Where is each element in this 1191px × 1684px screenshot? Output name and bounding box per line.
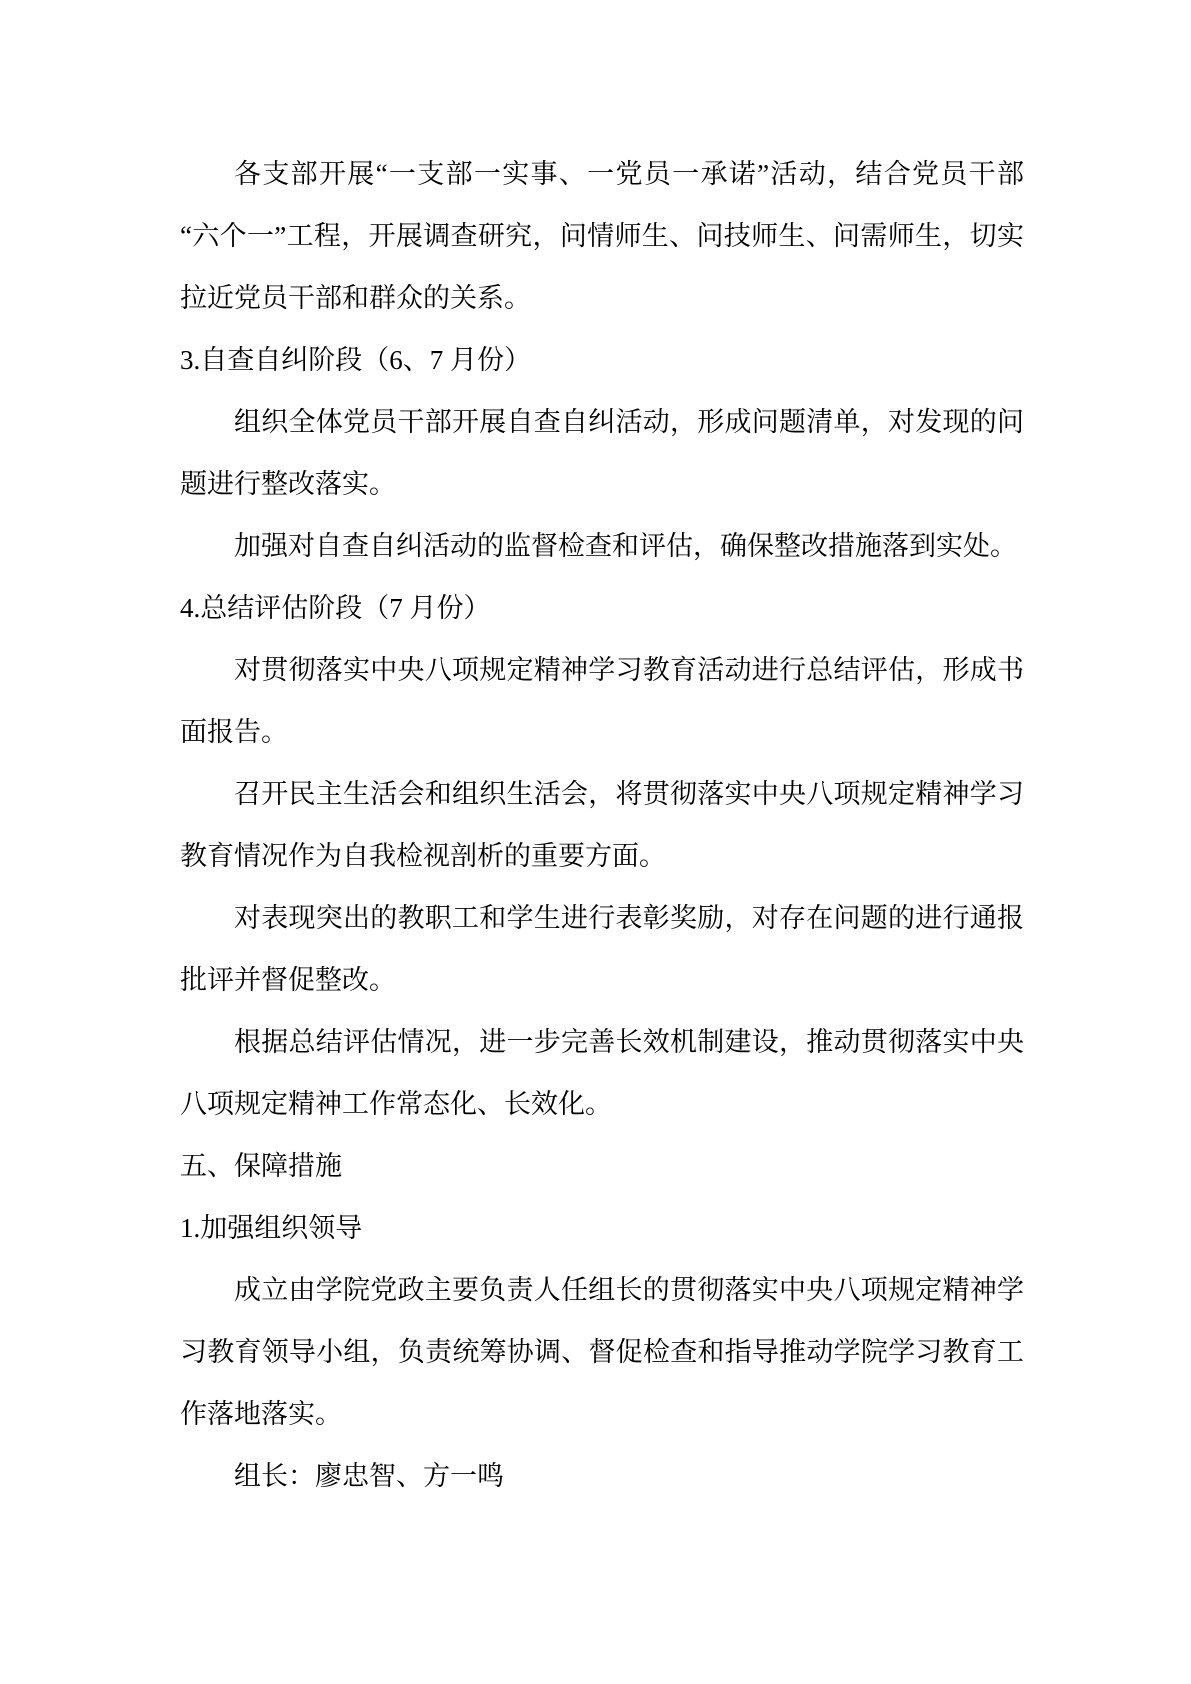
section-heading: 五、保障措施 [180,1135,1024,1197]
paragraph: 组长：廖忠智、方一鸣 [180,1445,1024,1507]
paragraph: 加强对自查自纠活动的监督检查和评估，确保整改措施落到实处。 [180,515,1024,577]
section-heading: 4.总结评估阶段（7 月份） [180,577,1024,639]
document-body: 各支部开展“一支部一实事、一党员一承诺”活动，结合党员干部“六个一”工程，开展调… [180,143,1024,1507]
section-heading: 3.自查自纠阶段（6、7 月份） [180,329,1024,391]
paragraph: 根据总结评估情况，进一步完善长效机制建设，推动贯彻落实中央八项规定精神工作常态化… [180,1011,1024,1135]
paragraph: 对表现突出的教职工和学生进行表彰奖励，对存在问题的进行通报批评并督促整改。 [180,887,1024,1011]
section-heading: 1.加强组织领导 [180,1197,1024,1259]
paragraph: 各支部开展“一支部一实事、一党员一承诺”活动，结合党员干部“六个一”工程，开展调… [180,143,1024,329]
paragraph: 组织全体党员干部开展自查自纠活动，形成问题清单，对发现的问题进行整改落实。 [180,391,1024,515]
paragraph: 成立由学院党政主要负责人任组长的贯彻落实中央八项规定精神学习教育领导小组，负责统… [180,1259,1024,1445]
document-page: 各支部开展“一支部一实事、一党员一承诺”活动，结合党员干部“六个一”工程，开展调… [0,0,1191,1684]
paragraph: 召开民主生活会和组织生活会，将贯彻落实中央八项规定精神学习教育情况作为自我检视剖… [180,763,1024,887]
paragraph: 对贯彻落实中央八项规定精神学习教育活动进行总结评估，形成书面报告。 [180,639,1024,763]
